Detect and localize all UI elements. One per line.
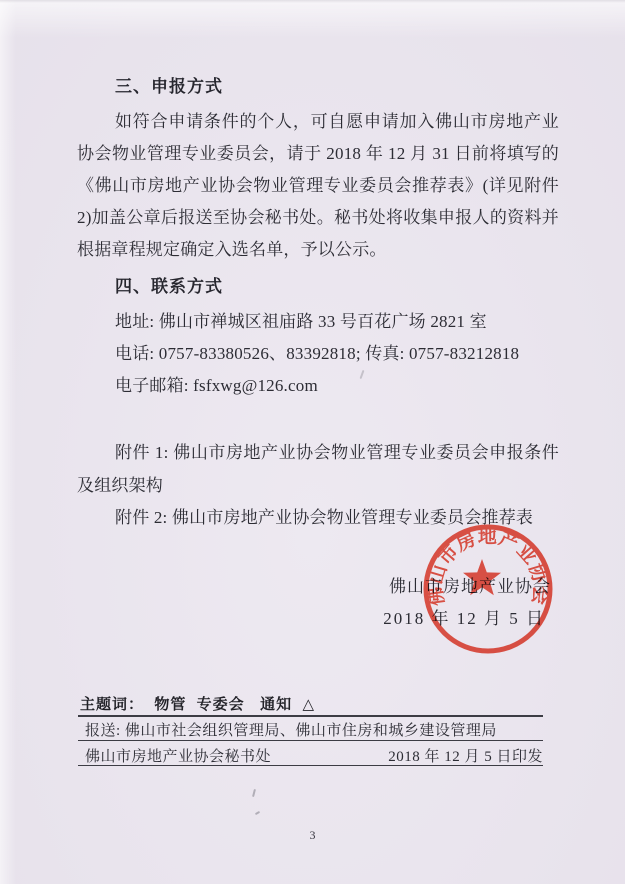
- official-red-seal: 佛山市房地产业协会: [408, 509, 568, 669]
- contact-phone-fax: 电话: 0757-83380526、83392818; 传真: 0757-832…: [115, 338, 585, 370]
- footer-print-date: 2018 年 12 月 5 日印发: [388, 748, 543, 766]
- page-number: 3: [0, 828, 625, 843]
- section-heading-apply-method: 三、申报方式: [115, 71, 223, 103]
- scan-smudge: [255, 811, 260, 815]
- contact-block: 地址: 佛山市禅城区祖庙路 33 号百花广场 2821 室 电话: 0757-8…: [115, 306, 585, 402]
- attachment-1: 附件 1: 佛山市房地产业协会物业管理专业委员会申报条件及组织架构: [77, 437, 559, 502]
- footer-rule-1: [78, 715, 543, 717]
- seal-star-icon: [463, 559, 501, 595]
- footer-keywords-row: 主题词： 物管 专委会 通知 △: [80, 695, 315, 715]
- seal-ring-text: 佛山市房地产业协会: [423, 525, 552, 609]
- footer-issuer-row: 佛山市房地产业协会秘书处 2018 年 12 月 5 日印发: [85, 748, 543, 766]
- footer-rule-3: [78, 765, 543, 766]
- footer-rule-2: [78, 740, 543, 741]
- apply-method-paragraph: 如符合申请条件的个人，可自愿申请加入佛山市房地产业协会物业管理专业委员会，请于 …: [77, 106, 559, 266]
- footer-issuer: 佛山市房地产业协会秘书处: [85, 748, 271, 766]
- contact-address: 地址: 佛山市禅城区祖庙路 33 号百花广场 2821 室: [115, 306, 585, 338]
- scan-smudge: [252, 789, 256, 797]
- section-heading-contact: 四、联系方式: [115, 271, 223, 303]
- contact-email: 电子邮箱: fsfxwg@126.com: [115, 370, 585, 402]
- apply-method-text: 如符合申请条件的个人，可自愿申请加入佛山市房地产业协会物业管理专业委员会，请于 …: [77, 106, 559, 266]
- svg-text:佛山市房地产业协会: 佛山市房地产业协会: [423, 525, 552, 609]
- footer-report-to-row: 报送: 佛山市社会组织管理局、佛山市住房和城乡建设管理局: [85, 722, 543, 740]
- scanned-notice-page: 三、申报方式 如符合申请条件的个人，可自愿申请加入佛山市房地产业协会物业管理专业…: [0, 0, 625, 884]
